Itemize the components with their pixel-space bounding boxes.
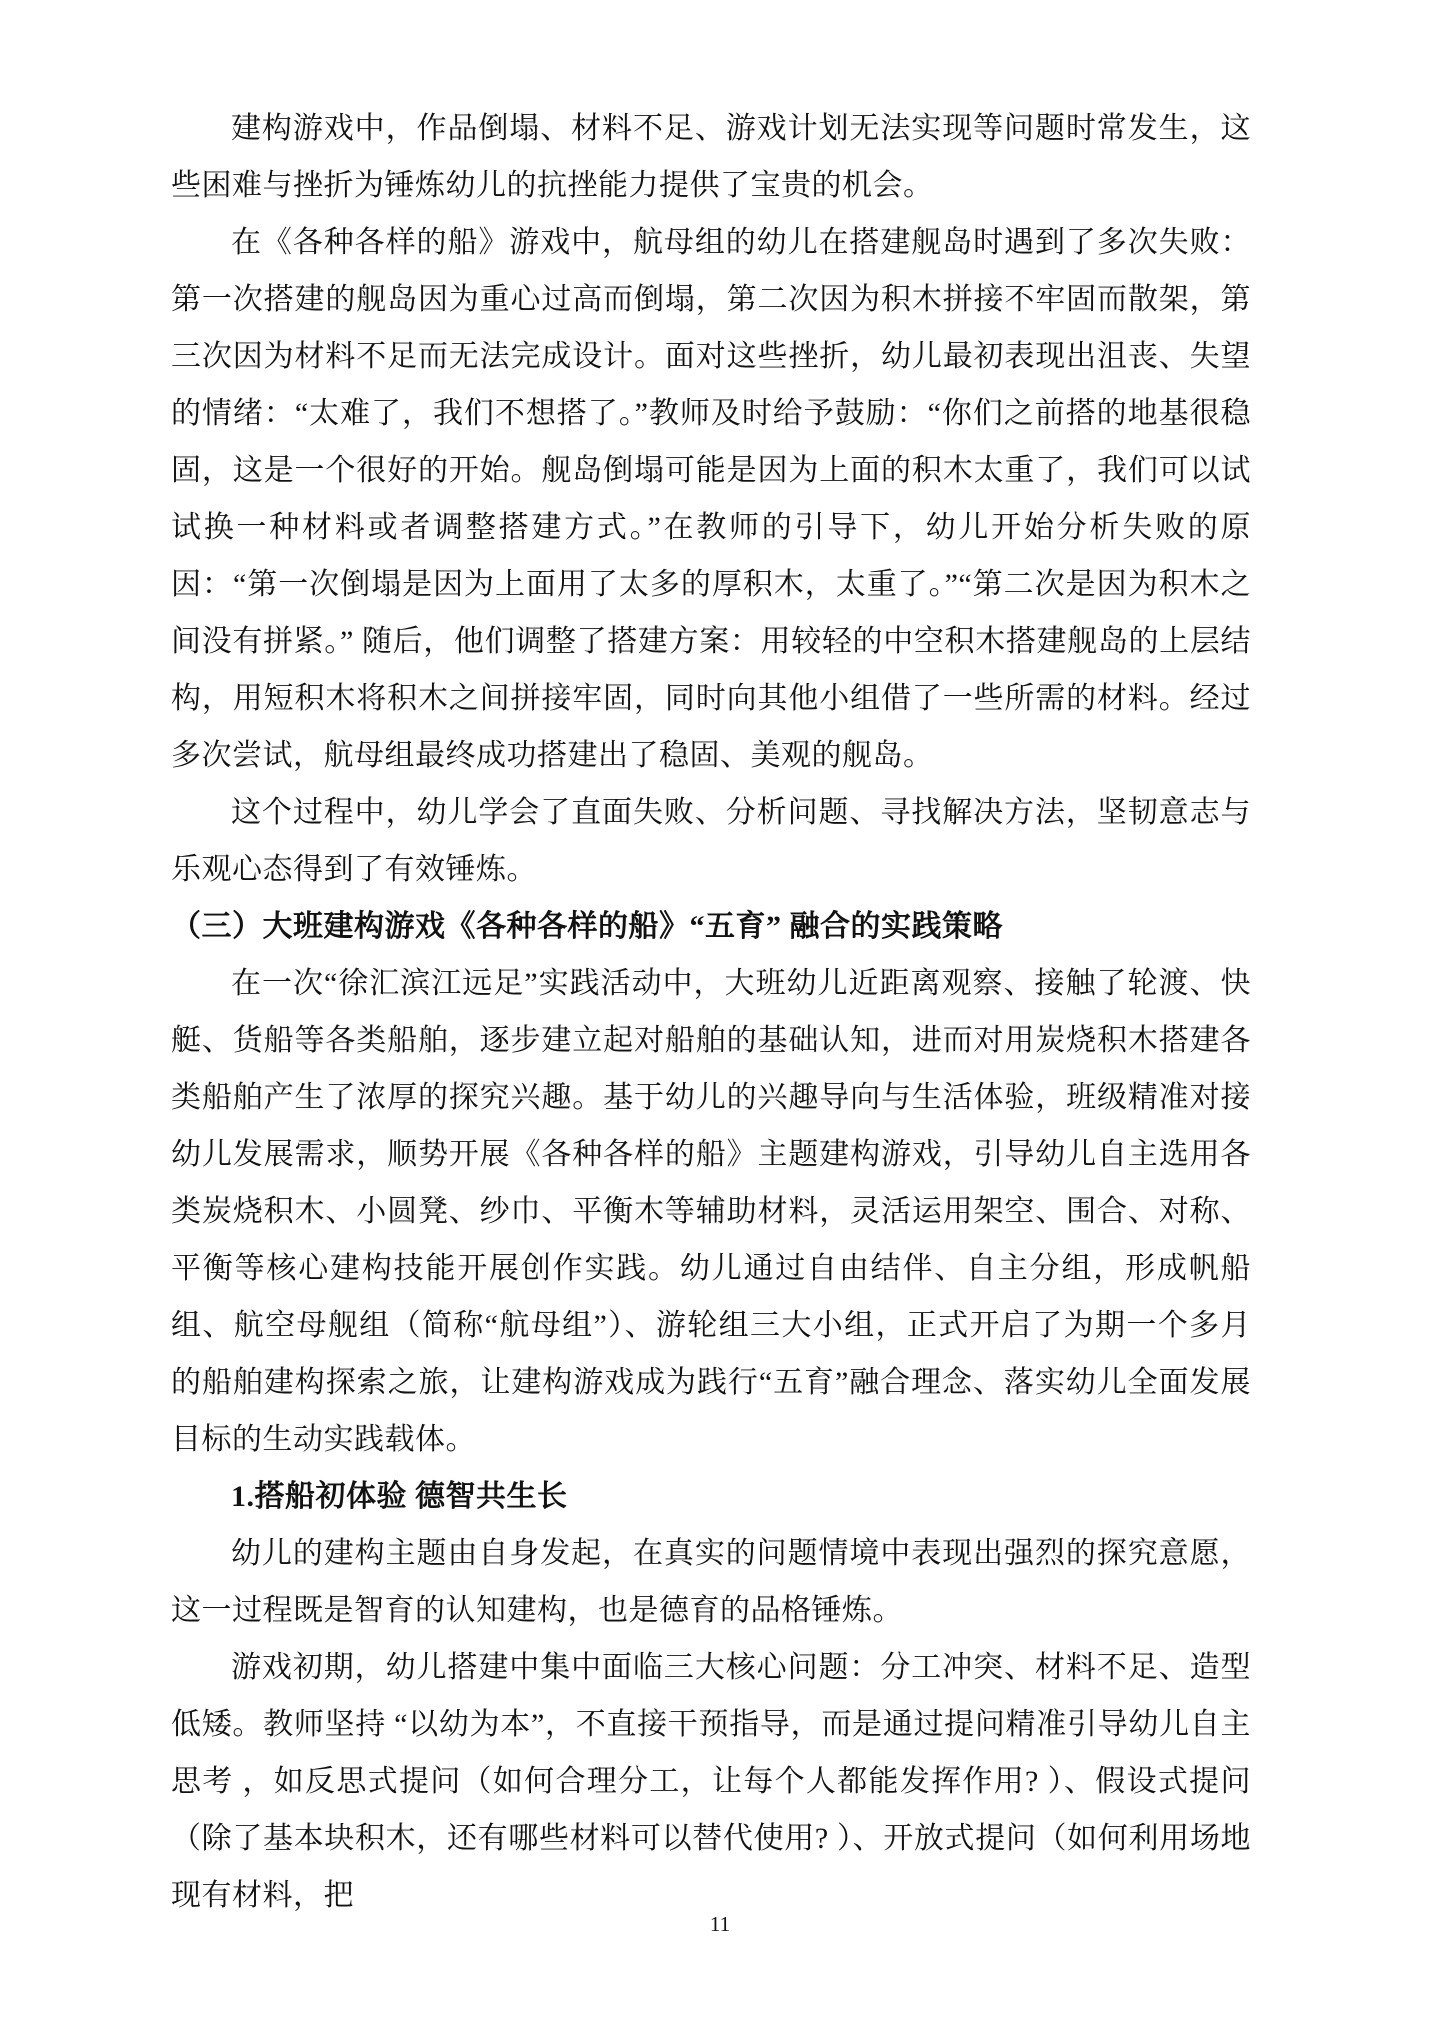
paragraph: 建构游戏中，作品倒塌、材料不足、游戏计划无法实现等问题时常发生，这些困难与挫折为… bbox=[171, 100, 1251, 214]
paragraph: 在《各种各样的船》游戏中，航母组的幼儿在搭建舰岛时遇到了多次失败：第一次搭建的舰… bbox=[171, 214, 1251, 784]
page-number: 11 bbox=[0, 1910, 1440, 1938]
section-heading: （三）大班建构游戏《各种各样的船》“五育” 融合的实践策略 bbox=[171, 898, 1251, 955]
paragraph: 幼儿的建构主题由自身发起，在真实的问题情境中表现出强烈的探究意愿，这一过程既是智… bbox=[171, 1525, 1251, 1639]
paragraph: 在一次“徐汇滨江远足”实践活动中，大班幼儿近距离观察、接触了轮渡、快艇、货船等各… bbox=[171, 955, 1251, 1468]
document-page: 建构游戏中，作品倒塌、材料不足、游戏计划无法实现等问题时常发生，这些困难与挫折为… bbox=[0, 0, 1440, 2036]
document-body: 建构游戏中，作品倒塌、材料不足、游戏计划无法实现等问题时常发生，这些困难与挫折为… bbox=[171, 100, 1251, 1924]
paragraph: 游戏初期，幼儿搭建中集中面临三大核心问题：分工冲突、材料不足、造型低矮。教师坚持… bbox=[171, 1639, 1251, 1924]
paragraph: 这个过程中，幼儿学会了直面失败、分析问题、寻找解决方法，坚韧意志与乐观心态得到了… bbox=[171, 784, 1251, 898]
section-heading: 1.搭船初体验 德智共生长 bbox=[171, 1468, 1251, 1525]
